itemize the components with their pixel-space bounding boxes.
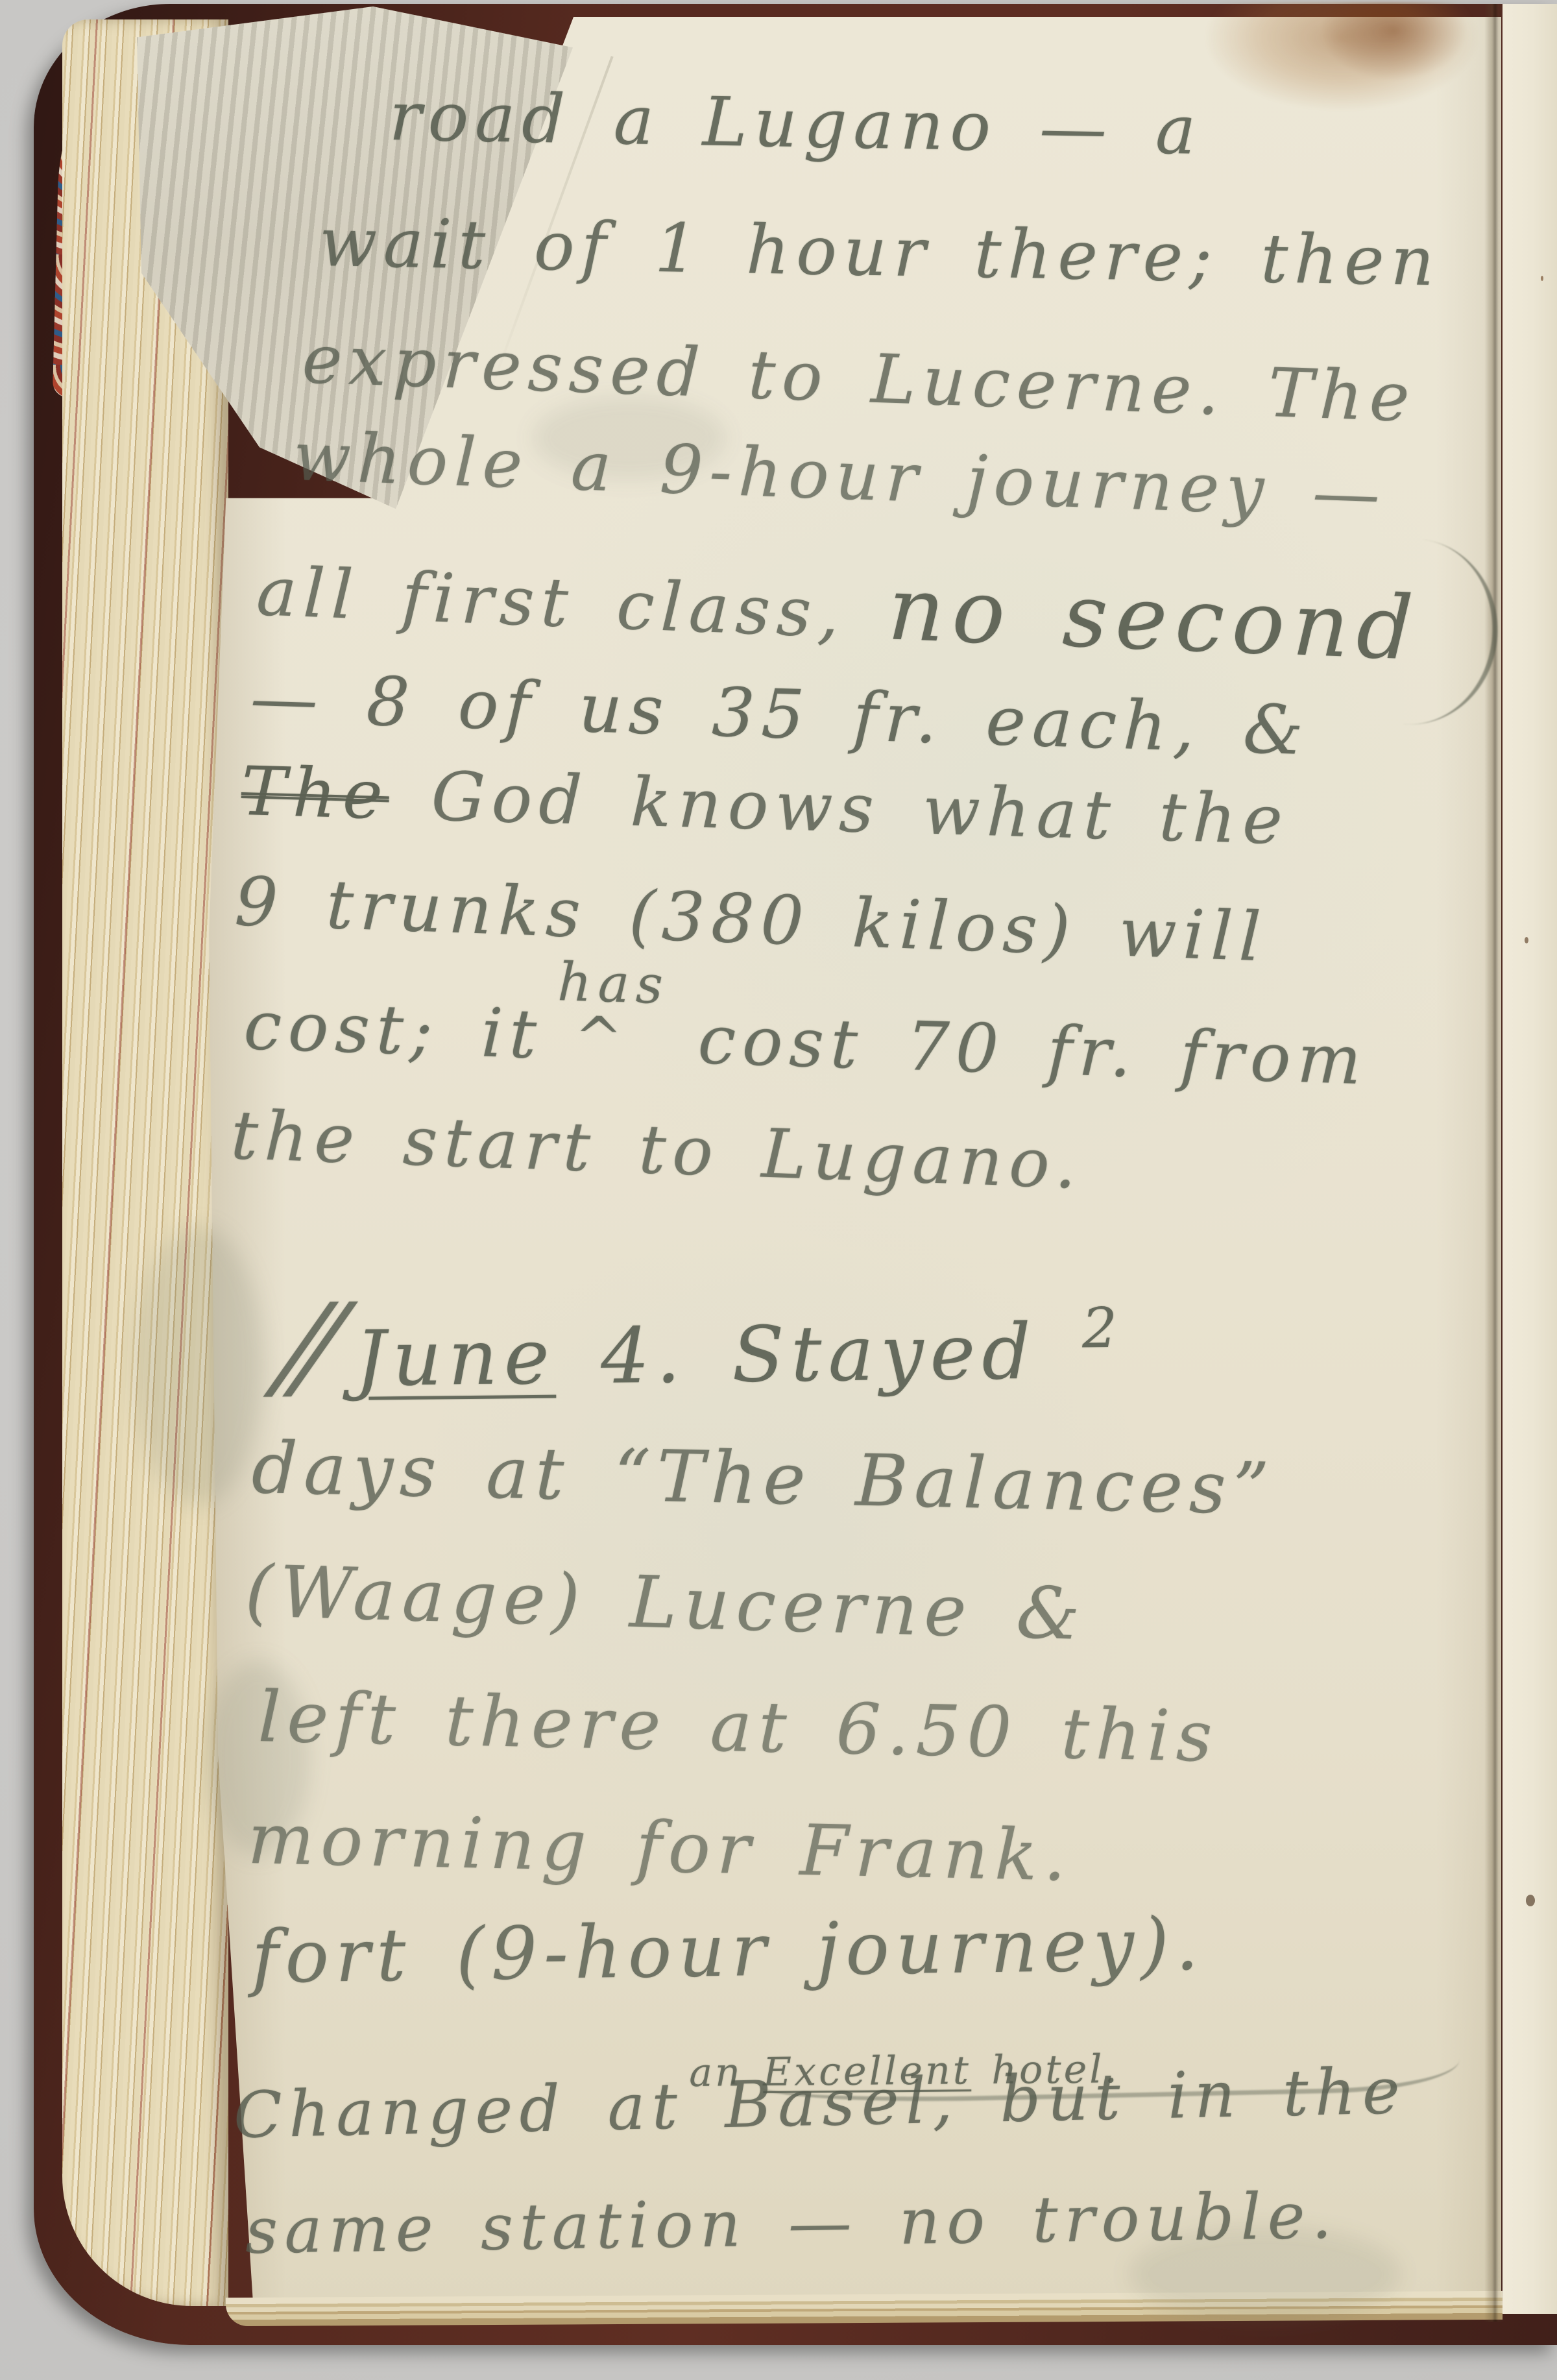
handwritten-line: all first class, no second	[255, 533, 1423, 680]
handwriting-segment: days at “The Balances”	[251, 1426, 1277, 1531]
handwriting-segment: 2	[1081, 1296, 1124, 1361]
handwriting-segment: whole a 9-hour journey —	[292, 417, 1388, 534]
handwritten-line: — 8 of us 35 fr. each, &	[249, 658, 1311, 770]
handwriting-segment: wait of 1 hour there; then	[319, 202, 1442, 301]
handwritten-line: // June 4. Stayed 2	[282, 1270, 1124, 1413]
handwritten-line: expressed to Lucerne. The	[301, 319, 1418, 437]
handwritten-line: the start to Lugano.	[230, 1095, 1084, 1204]
handwriting-segment: (Waage) Lucerne &	[244, 1549, 1087, 1656]
handwritten-line: road a Lugano — a	[389, 77, 1203, 170]
handwriting-segment: same station — no trouble.	[245, 2179, 1338, 2268]
handwritten-line: 9 trunks (380 kilos) will	[234, 862, 1269, 977]
handwriting-segment: morning for Frank.	[247, 1799, 1074, 1897]
handwriting-segment: 4. Stayed	[555, 1306, 1083, 1401]
handwritten-line: (Waage) Lucerne &	[244, 1549, 1087, 1656]
handwritten-line: left there at 6.50 this	[258, 1677, 1220, 1778]
handwriting-segment: //	[256, 1279, 347, 1413]
handwritten-line: whole a 9-hour journey —	[292, 417, 1388, 534]
handwriting-segment: The	[240, 751, 390, 834]
handwritten-line: cost; ithas^cost 70 fr. from	[243, 981, 1369, 1100]
inserted-word: has^	[542, 991, 699, 1063]
notebook-photo: road a Lugano — await of 1 hour there; t…	[0, 0, 1557, 2380]
handwriting-segment: — 8 of us 35 fr. each, &	[249, 658, 1311, 770]
handwriting-segment: cost 70 fr. from	[697, 1000, 1369, 1100]
handwritten-line: same station — no trouble.	[245, 2179, 1338, 2268]
handwriting-segment: all first class,	[255, 552, 889, 655]
handwriting-segment: left there at 6.50 this	[258, 1677, 1220, 1778]
handwritten-line: fort (9-hour journey).	[251, 1902, 1205, 2000]
handwriting-segment: expressed to Lucerne. The	[301, 319, 1418, 437]
handwriting-segment: God knows what the	[388, 755, 1290, 860]
handwritten-line: days at “The Balances”	[251, 1426, 1277, 1531]
handwriting-segment: June	[355, 1312, 557, 1403]
handwritten-line: morning for Frank.	[247, 1799, 1074, 1897]
handwritten-line: wait of 1 hour there; then	[319, 202, 1442, 301]
handwriting-segment: road a Lugano — a	[389, 77, 1203, 170]
handwriting-segment: 9 trunks (380 kilos) will	[234, 862, 1269, 977]
handwritten-line: The God knows what the	[240, 751, 1290, 860]
handwriting-segment: no second	[886, 557, 1423, 679]
handwriting-segment: the start to Lugano.	[230, 1095, 1084, 1204]
handwriting-segment: cost; it	[243, 986, 544, 1074]
handwritten-text: road a Lugano — await of 1 hour there; t…	[0, 0, 1557, 2380]
handwriting-segment: fort (9-hour journey).	[251, 1902, 1205, 2000]
